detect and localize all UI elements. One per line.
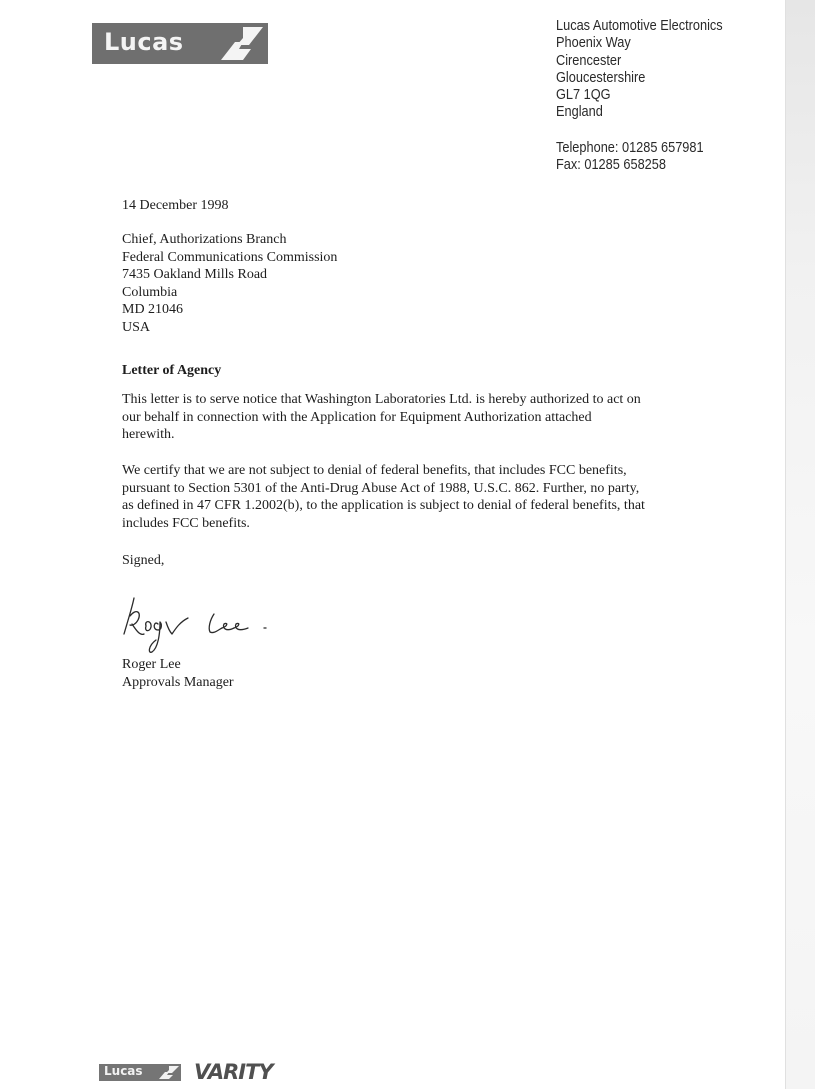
- lucas-logo-text: Lucas: [104, 28, 184, 56]
- paragraph-line: includes FCC benefits.: [122, 515, 645, 533]
- paragraph-line: pursuant to Section 5301 of the Anti-Dru…: [122, 480, 645, 498]
- paragraph-line: our behalf in connection with the Applic…: [122, 409, 641, 427]
- recipient-line: MD 21046: [122, 301, 337, 319]
- fax: Fax: 01285 658258: [556, 157, 723, 174]
- paragraph-line: This letter is to serve notice that Wash…: [122, 391, 641, 409]
- telephone: Telephone: 01285 657981: [556, 140, 723, 157]
- address-line: Phoenix Way: [556, 35, 723, 52]
- signer-block: Roger Lee Approvals Manager: [122, 656, 234, 691]
- signer-title: Approvals Manager: [122, 674, 234, 692]
- paragraph-authorization: This letter is to serve notice that Wash…: [122, 391, 641, 444]
- closing: Signed,: [122, 552, 164, 570]
- handwritten-signature: [118, 590, 298, 660]
- lucas-logo-arrow-icon: [213, 25, 265, 62]
- letter-subject: Letter of Agency: [122, 362, 221, 380]
- recipient-line: Federal Communications Commission: [122, 249, 337, 267]
- address-line: Lucas Automotive Electronics: [556, 18, 723, 35]
- address-line: Cirencester: [556, 53, 723, 70]
- paragraph-line: herewith.: [122, 426, 641, 444]
- signer-name: Roger Lee: [122, 656, 234, 674]
- letter-date: 14 December 1998: [122, 197, 229, 215]
- footer-varity-logo: VARITY: [194, 1060, 273, 1084]
- footer-lucas-logo: Lucas: [99, 1064, 181, 1081]
- recipient-line: Columbia: [122, 284, 337, 302]
- address-line: Gloucestershire: [556, 70, 723, 87]
- recipient-line: 7435 Oakland Mills Road: [122, 266, 337, 284]
- recipient-line: Chief, Authorizations Branch: [122, 231, 337, 249]
- footer-lucas-logo-text: Lucas: [104, 1064, 143, 1078]
- scan-edge-shadow: [785, 0, 815, 1089]
- address-line: GL7 1QG: [556, 87, 723, 104]
- paragraph-line: as defined in 47 CFR 1.2002(b), to the a…: [122, 497, 645, 515]
- company-address: Lucas Automotive Electronics Phoenix Way…: [556, 18, 723, 174]
- recipient-line: USA: [122, 319, 337, 337]
- recipient-address: Chief, Authorizations Branch Federal Com…: [122, 231, 337, 337]
- address-line: England: [556, 104, 723, 121]
- paragraph-line: We certify that we are not subject to de…: [122, 462, 645, 480]
- lucas-logo: Lucas: [92, 23, 268, 64]
- paragraph-certification: We certify that we are not subject to de…: [122, 462, 645, 532]
- footer-lucas-arrow-icon: [156, 1065, 180, 1080]
